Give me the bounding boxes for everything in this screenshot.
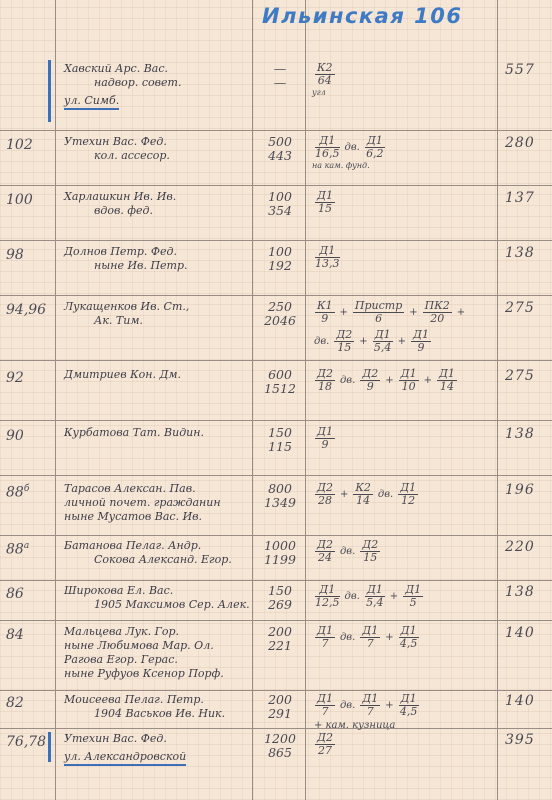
owner-line: Хавский Арс. Вас. (64, 62, 250, 76)
area-values: 200221 (258, 625, 302, 653)
house-number: 98 (6, 247, 24, 263)
calc-operator: дв. (378, 489, 393, 500)
area-value: 150 (258, 584, 302, 598)
building-description: Д227 (312, 732, 496, 757)
owner-line: Мальцева Лук. Гор. (64, 625, 250, 639)
column-divider-owner (252, 0, 253, 800)
area-value: 291 (258, 707, 302, 721)
fraction-denominator: 12 (398, 495, 418, 507)
owner-line: Батанова Пелаг. Андр. (64, 539, 250, 553)
street-note: ул. Симб. (64, 94, 119, 110)
area-values: 500443 (258, 135, 302, 163)
calc-fraction: Д15,4 (373, 329, 393, 354)
area-values: 2502046 (258, 300, 302, 328)
building-description: Д116,5дв.Д16,2на кам. фунд. (312, 135, 496, 170)
fraction-denominator: 24 (315, 552, 335, 564)
calc-fraction: Д227 (315, 732, 335, 757)
owner-name: Утехин Вас. Фед.ул. Александровской (64, 732, 250, 766)
calc-line: К19+Пристр6+ПК220+ (312, 300, 496, 325)
building-description: К19+Пристр6+ПК220+дв.Д215+Д15,4+Д19 (312, 300, 496, 354)
house-number: 92 (6, 370, 24, 386)
house-number: 90 (6, 428, 24, 444)
house-number: 84 (6, 627, 24, 643)
calc-line: Д17дв.Д17+Д14,5 (312, 625, 496, 650)
fraction-denominator: 9 (411, 342, 431, 354)
calc-fraction: Д29 (360, 368, 380, 393)
fraction-denominator: 28 (315, 495, 335, 507)
owner-name: Хавский Арс. Вас.надвор. совет.ул. Симб. (64, 62, 250, 110)
calc-note: угл (312, 88, 496, 97)
area-value: 100 (258, 245, 302, 259)
building-description: Д218дв.Д29+Д110+Д114 (312, 368, 496, 393)
calc-line: Д224дв.Д215 (312, 539, 496, 564)
calc-fraction: Д115 (315, 190, 335, 215)
row-divider (0, 360, 552, 361)
building-description: К264угл (312, 62, 496, 97)
fraction-denominator: 18 (315, 381, 335, 393)
fraction-denominator: 16,5 (315, 148, 340, 160)
calc-operator: дв. (340, 632, 355, 643)
area-value: 100 (258, 190, 302, 204)
calc-operator: + кам. кузница (314, 720, 395, 731)
calc-fraction: Д14,5 (399, 693, 419, 718)
house-number-suffix: а (24, 541, 29, 551)
owner-line: Широкова Ел. Вас. (64, 584, 250, 598)
calc-fraction: Д14,5 (399, 625, 419, 650)
owner-line: ныне Руфуов Ксенор Порф. (64, 667, 250, 681)
area-value: 600 (258, 368, 302, 382)
calc-operator: дв. (314, 336, 329, 347)
area-value: 354 (258, 204, 302, 218)
row-divider (0, 620, 552, 621)
calc-operator: дв. (340, 546, 355, 557)
fraction-denominator: 14 (353, 495, 373, 507)
owner-line: Утехин Вас. Фед. (64, 732, 250, 746)
calc-fraction: Д113,3 (315, 245, 340, 270)
fraction-denominator: 4,5 (399, 638, 419, 650)
house-number: 76,78 (6, 734, 46, 750)
calc-operator: + (424, 375, 432, 386)
owner-line: Долнов Петр. Фед. (64, 245, 250, 259)
assessed-value: 140 (505, 625, 535, 641)
calc-operator: + (385, 700, 393, 711)
area-value: 200 (258, 693, 302, 707)
house-number: 86 (6, 586, 24, 602)
fraction-denominator: 9 (360, 381, 380, 393)
area-value: 221 (258, 639, 302, 653)
owner-line: 1905 Максимов Сер. Алек. (64, 598, 250, 612)
area-value: 150 (258, 426, 302, 440)
calc-line: Д228+К214дв.Д112 (312, 482, 496, 507)
area-value: 269 (258, 598, 302, 612)
owner-name: Моисеева Пелаг. Петр.1904 Васьков Ив. Ни… (64, 693, 250, 721)
calc-fraction: Д215 (334, 329, 354, 354)
owner-name: Мальцева Лук. Гор.ныне Любимова Мар. Ол.… (64, 625, 250, 681)
area-value: 192 (258, 259, 302, 273)
calc-fraction: Д19 (411, 329, 431, 354)
calc-fraction: К264 (315, 62, 335, 87)
area-values: 200291 (258, 693, 302, 721)
fraction-denominator: 4,5 (399, 706, 419, 718)
calc-fraction: К19 (315, 300, 335, 325)
calc-fraction: Д19 (315, 426, 335, 451)
calc-operator: + (359, 336, 367, 347)
row-divider (0, 240, 552, 241)
owner-name: Лукащенков Ив. Ст.,Ак. Тим. (64, 300, 250, 328)
owner-name: Дмитриев Кон. Дм. (64, 368, 250, 382)
column-divider-calc (497, 0, 498, 800)
owner-line: ныне Ив. Петр. (64, 259, 250, 273)
area-value: 1199 (258, 553, 302, 567)
street-note: ул. Александровской (64, 750, 186, 766)
owner-line: Харлашкин Ив. Ив. (64, 190, 250, 204)
owner-line: ныне Любимова Мар. Ол. (64, 639, 250, 653)
house-number: 102 (6, 137, 33, 153)
building-description: Д112,5дв.Д15,4+Д15 (312, 584, 496, 609)
house-number: 88б (6, 484, 29, 501)
calc-fraction: Д17 (315, 693, 335, 718)
building-description: Д19 (312, 426, 496, 451)
calc-fraction: ПК220 (423, 300, 452, 325)
calc-operator: + (340, 307, 348, 318)
house-number: 82 (6, 695, 24, 711)
row-divider (0, 580, 552, 581)
area-values: 150115 (258, 426, 302, 454)
assessed-value: 280 (505, 135, 535, 151)
fraction-denominator: 6,2 (365, 148, 385, 160)
assessed-value: 138 (505, 245, 535, 261)
fraction-denominator: 6 (353, 313, 404, 325)
fraction-denominator: 15 (334, 342, 354, 354)
building-description: Д115 (312, 190, 496, 215)
house-number: 88а (6, 541, 29, 558)
area-values: 6001512 (258, 368, 302, 396)
fraction-denominator: 64 (315, 75, 335, 87)
calc-line: Д17дв.Д17+Д14,5+ кам. кузница (312, 693, 496, 731)
assessed-value: 196 (505, 482, 535, 498)
calc-fraction: Д215 (360, 539, 380, 564)
area-values: 10001199 (258, 539, 302, 567)
row-divider (0, 295, 552, 296)
area-value: — (258, 62, 302, 76)
calc-fraction: Пристр6 (353, 300, 404, 325)
owner-line: Лукащенков Ив. Ст., (64, 300, 250, 314)
area-value: 443 (258, 149, 302, 163)
row-divider (0, 185, 552, 186)
page-title: Ильинская 106 (262, 4, 462, 28)
owner-name: Курбатова Тат. Видин. (64, 426, 250, 440)
row-divider (0, 475, 552, 476)
calc-operator: + (385, 375, 393, 386)
calc-operator: дв. (345, 142, 360, 153)
area-value: 115 (258, 440, 302, 454)
calc-note: на кам. фунд. (312, 161, 496, 170)
calc-fraction: Д112,5 (315, 584, 340, 609)
house-number: 94,96 (6, 302, 46, 318)
house-number-suffix: б (24, 484, 30, 494)
calc-fraction: Д16,2 (365, 135, 385, 160)
calc-fraction: Д17 (315, 625, 335, 650)
calc-fraction: Д224 (315, 539, 335, 564)
assessed-value: 138 (505, 584, 535, 600)
owner-line: кол. ассесор. (64, 149, 250, 163)
area-values: 100354 (258, 190, 302, 218)
calc-fraction: Д116,5 (315, 135, 340, 160)
assessed-value: 395 (505, 732, 535, 748)
fraction-denominator: 9 (315, 439, 335, 451)
blue-margin-mark (48, 732, 51, 762)
assessed-value: 275 (505, 368, 535, 384)
calc-operator: + (340, 489, 348, 500)
assessed-value: 275 (505, 300, 535, 316)
owner-line: личной почет. гражданин (64, 496, 250, 510)
fraction-denominator: 5 (403, 597, 423, 609)
owner-name: Широкова Ел. Вас.1905 Максимов Сер. Алек… (64, 584, 250, 612)
calc-operator: дв. (345, 591, 360, 602)
area-value: 1512 (258, 382, 302, 396)
calc-line: Д113,3 (312, 245, 496, 270)
owner-name: Харлашкин Ив. Ив.вдов. фед. (64, 190, 250, 218)
area-value: 500 (258, 135, 302, 149)
row-divider (0, 535, 552, 536)
calc-operator: дв. (340, 375, 355, 386)
area-values: 8001349 (258, 482, 302, 510)
calc-fraction: Д15,4 (365, 584, 385, 609)
building-description: Д17дв.Д17+Д14,5+ кам. кузница (312, 693, 496, 731)
area-value: — (258, 76, 302, 90)
building-description: Д113,3 (312, 245, 496, 270)
owner-name: Долнов Петр. Фед.ныне Ив. Петр. (64, 245, 250, 273)
fraction-denominator: 14 (437, 381, 457, 393)
area-value: 1200 (258, 732, 302, 746)
owner-line: Сокова Александ. Егор. (64, 553, 250, 567)
fraction-denominator: 10 (399, 381, 419, 393)
building-description: Д224дв.Д215 (312, 539, 496, 564)
owner-line: Курбатова Тат. Видин. (64, 426, 250, 440)
column-divider-number (55, 0, 56, 800)
area-values: 100192 (258, 245, 302, 273)
area-value: 2046 (258, 314, 302, 328)
fraction-denominator: 15 (360, 552, 380, 564)
row-divider (0, 420, 552, 421)
calc-operator: + (390, 591, 398, 602)
area-values: —— (258, 62, 302, 90)
assessed-value: 138 (505, 426, 535, 442)
calc-line: Д116,5дв.Д16,2 (312, 135, 496, 160)
fraction-denominator: 12,5 (315, 597, 340, 609)
fraction-denominator: 7 (360, 706, 380, 718)
owner-line: 1904 Васьков Ив. Ник. (64, 707, 250, 721)
owner-line: ныне Мусатов Вас. Ив. (64, 510, 250, 524)
area-values: 1200865 (258, 732, 302, 760)
assessed-value: 140 (505, 693, 535, 709)
calc-line: К264 (312, 62, 496, 87)
row-divider (0, 690, 552, 691)
fraction-denominator: 7 (315, 638, 335, 650)
calc-fraction: Д228 (315, 482, 335, 507)
calc-line: Д19 (312, 426, 496, 451)
calc-operator: + (409, 307, 417, 318)
calc-fraction: Д17 (360, 625, 380, 650)
area-value: 1000 (258, 539, 302, 553)
owner-line: надвор. совет. (64, 76, 250, 90)
fraction-denominator: 7 (360, 638, 380, 650)
area-value: 1349 (258, 496, 302, 510)
row-divider (0, 130, 552, 131)
calc-fraction: Д218 (315, 368, 335, 393)
fraction-denominator: 5,4 (365, 597, 385, 609)
calc-fraction: К214 (353, 482, 373, 507)
calc-fraction: Д114 (437, 368, 457, 393)
assessed-value: 557 (505, 62, 535, 78)
fraction-denominator: 27 (315, 745, 335, 757)
blue-margin-mark (48, 60, 51, 122)
calc-fraction: Д17 (360, 693, 380, 718)
calc-operator: + (398, 336, 406, 347)
owner-line: Рагова Егор. Герас. (64, 653, 250, 667)
fraction-denominator: 7 (315, 706, 335, 718)
calc-line: дв.Д215+Д15,4+Д19 (312, 329, 496, 354)
owner-line: Ак. Тим. (64, 314, 250, 328)
building-description: Д17дв.Д17+Д14,5 (312, 625, 496, 650)
assessed-value: 137 (505, 190, 535, 206)
area-value: 250 (258, 300, 302, 314)
area-values: 150269 (258, 584, 302, 612)
owner-name: Батанова Пелаг. Андр.Сокова Александ. Ег… (64, 539, 250, 567)
calc-line: Д115 (312, 190, 496, 215)
owner-line: Дмитриев Кон. Дм. (64, 368, 250, 382)
fraction-denominator: 15 (315, 203, 335, 215)
calc-fraction: Д110 (399, 368, 419, 393)
calc-line: Д227 (312, 732, 496, 757)
calc-operator: дв. (340, 700, 355, 711)
fraction-denominator: 13,3 (315, 258, 340, 270)
area-value: 865 (258, 746, 302, 760)
calc-line: Д112,5дв.Д15,4+Д15 (312, 584, 496, 609)
calc-operator: + (385, 632, 393, 643)
fraction-denominator: 9 (315, 313, 335, 325)
column-divider-area (305, 0, 306, 800)
fraction-denominator: 20 (423, 313, 452, 325)
calc-fraction: Д112 (398, 482, 418, 507)
calc-line: Д218дв.Д29+Д110+Д114 (312, 368, 496, 393)
owner-line: Тарасов Алексан. Пав. (64, 482, 250, 496)
fraction-denominator: 5,4 (373, 342, 393, 354)
calc-fraction: Д15 (403, 584, 423, 609)
building-description: Д228+К214дв.Д112 (312, 482, 496, 507)
owner-name: Тарасов Алексан. Пав.личной почет. гражд… (64, 482, 250, 524)
owner-name: Утехин Вас. Фед.кол. ассесор. (64, 135, 250, 163)
area-value: 800 (258, 482, 302, 496)
house-number: 100 (6, 192, 33, 208)
calc-operator: + (457, 307, 465, 318)
owner-line: вдов. фед. (64, 204, 250, 218)
owner-line: Моисеева Пелаг. Петр. (64, 693, 250, 707)
owner-line: Утехин Вас. Фед. (64, 135, 250, 149)
assessed-value: 220 (505, 539, 535, 555)
area-value: 200 (258, 625, 302, 639)
